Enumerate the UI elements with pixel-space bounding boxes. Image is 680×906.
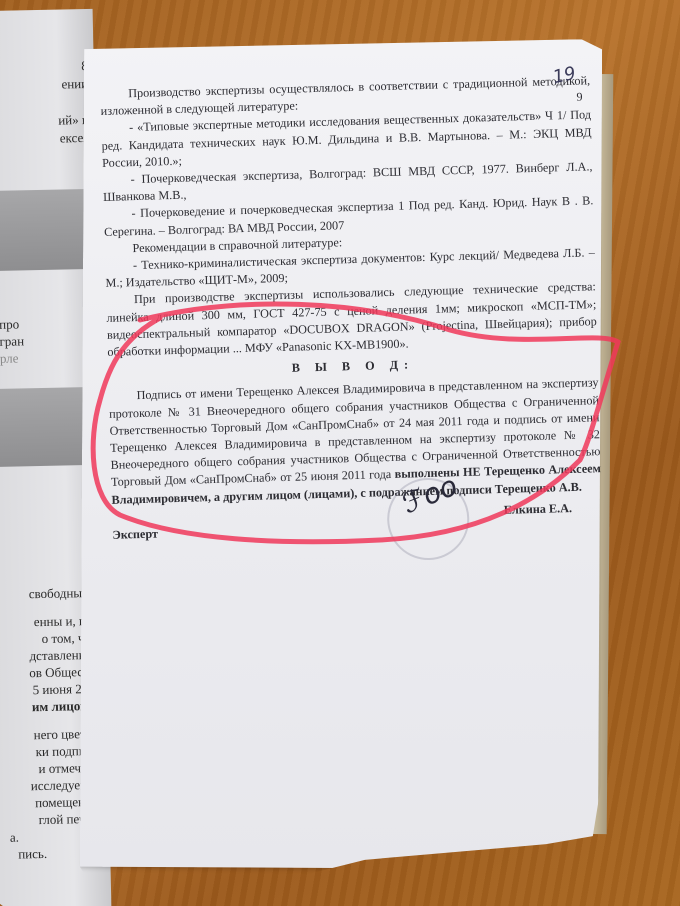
left-fragment: рле (0, 349, 19, 366)
left-fragment: гран (0, 332, 24, 350)
expert-name: Елкина Е.А. (504, 500, 573, 519)
left-fragment: а. (10, 829, 19, 846)
left-fragment: про (0, 315, 19, 332)
left-page-image (0, 189, 94, 271)
document-text: 19 9 Производство экспертизы осуществлял… (100, 72, 603, 548)
conclusion-paragraph: Подпись от имени Терещенко Алексея Влади… (108, 375, 601, 509)
expert-label: Эксперт (112, 525, 158, 543)
handwritten-folio-number: 19 (551, 65, 577, 86)
left-fragment: пись. (18, 845, 47, 863)
page-number: 9 (576, 89, 582, 106)
technical-means-paragraph: При производстве экспертизы использовали… (106, 279, 598, 361)
